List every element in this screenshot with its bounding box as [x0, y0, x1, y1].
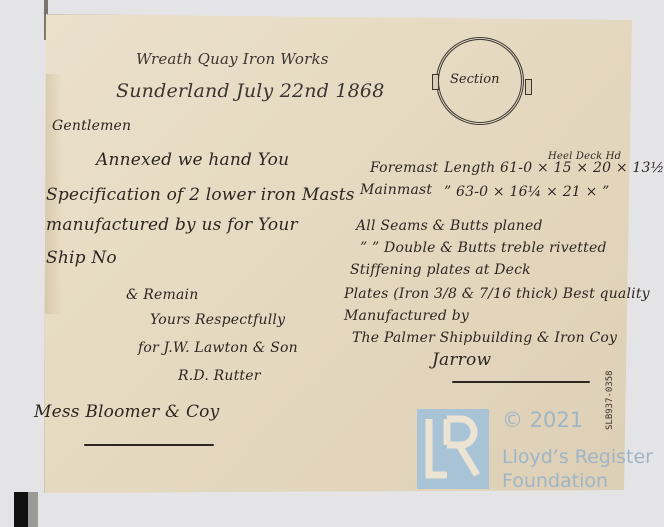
watermark-copyright: © 2021	[502, 408, 583, 432]
watermark-org-line2: Foundation	[502, 470, 608, 492]
letterhead-place-date: Sunderland July 22nd 1868	[116, 80, 385, 102]
spec-foremast-values: Length 61-0 × 15 × 20 × 13½	[444, 160, 664, 176]
closing-remain: & Remain	[126, 287, 198, 303]
ring-joint-left	[432, 74, 439, 90]
note-jarrow: Jarrow	[432, 350, 491, 370]
note-seams: All Seams & Butts planed	[356, 218, 543, 234]
spec-foremast-label: Foremast	[370, 160, 438, 176]
body-line-3: manufactured by us for Your	[46, 215, 298, 235]
archive-reference-code: SLB937-0358	[605, 370, 615, 430]
addressee-flourish	[84, 444, 214, 446]
note-double-butts: ” ” Double & Butts treble rivetted	[360, 240, 607, 256]
spec-mainmast-values: ” 63-0 × 16¼ × 21 × ”	[444, 184, 610, 200]
addressee: Mess Bloomer & Coy	[34, 402, 219, 422]
watermark-org-line1: Lloyd’s Register	[502, 446, 653, 468]
jarrow-flourish	[452, 381, 590, 383]
note-plates: Plates (Iron 3/8 & 7/16 thick) Best qual…	[344, 286, 650, 302]
closing-yours: Yours Respectfully	[150, 312, 285, 328]
note-manufactured-by: Manufactured by	[344, 308, 469, 324]
mount-clip-gray	[28, 492, 38, 527]
body-line-4: Ship No	[46, 248, 117, 268]
letterhead-works-name: Wreath Quay Iron Works	[136, 50, 329, 68]
spec-mainmast-label: Mainmast	[360, 182, 432, 198]
lr-logo-icon	[417, 409, 489, 489]
body-line-2: Specification of 2 lower iron Masts	[46, 185, 355, 205]
ring-joint-right	[525, 79, 532, 95]
closing-firm: for J.W. Lawton & Son	[138, 340, 298, 356]
signature: R.D. Rutter	[178, 368, 261, 384]
note-palmer-company: The Palmer Shipbuilding & Iron Coy	[352, 330, 617, 346]
salutation: Gentlemen	[52, 118, 131, 134]
lr-logo	[417, 409, 489, 489]
mount-clip-dark	[14, 492, 28, 527]
body-line-1: Annexed we hand You	[96, 150, 289, 170]
section-label: Section	[450, 72, 499, 87]
note-stiffening: Stiffening plates at Deck	[350, 262, 531, 278]
